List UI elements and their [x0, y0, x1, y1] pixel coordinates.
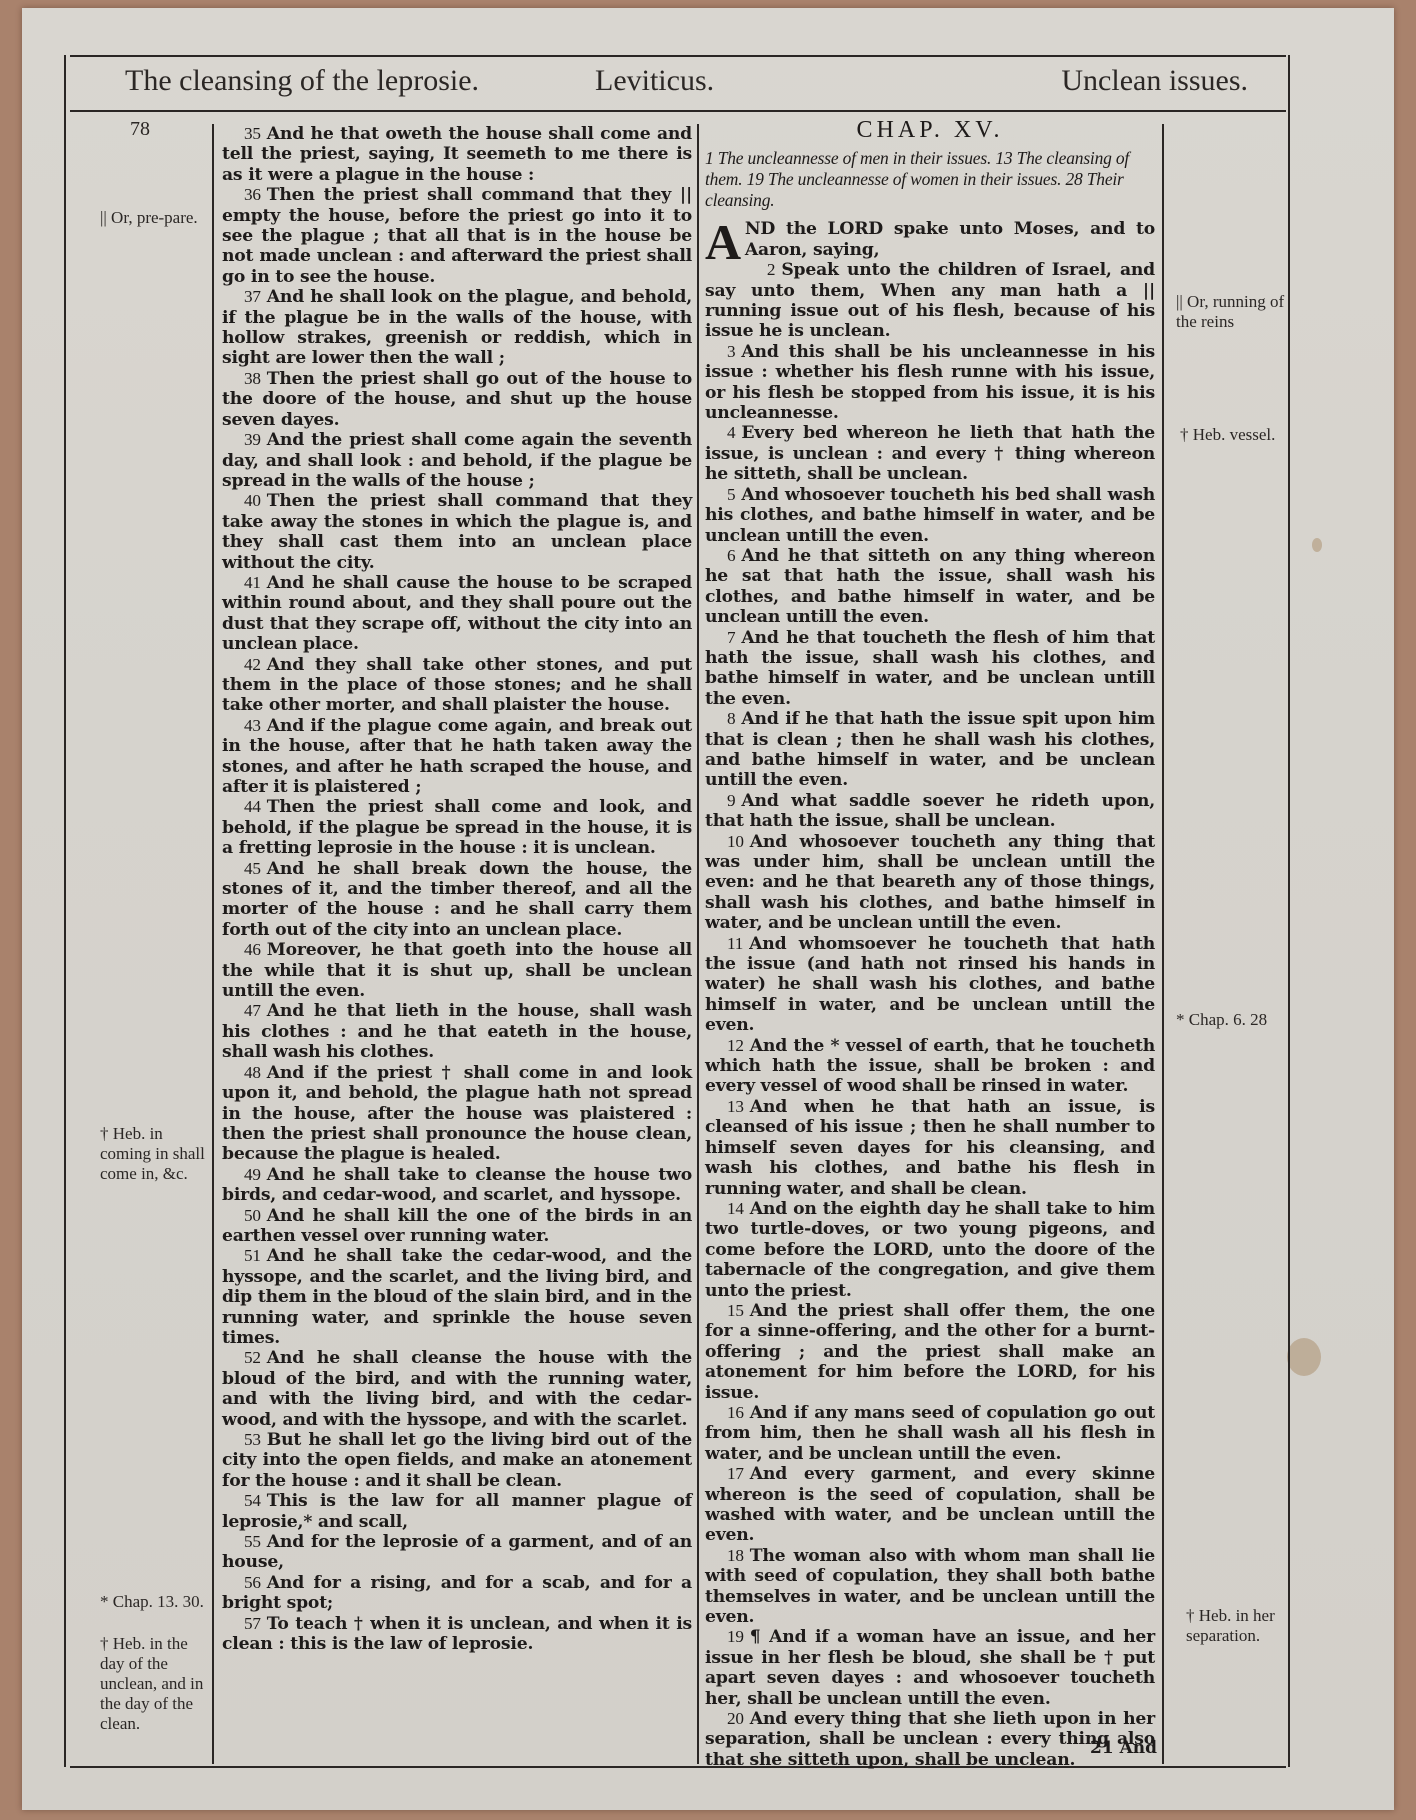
paper-stain — [1287, 1338, 1321, 1376]
verse: 11And whomsoever he toucheth that hath t… — [705, 934, 1155, 1036]
verse: 52And he shall cleanse the house with th… — [222, 1348, 692, 1430]
verse: 35And he that oweth the house shall come… — [222, 124, 692, 185]
verse: 46Moreover, he that goeth into the house… — [222, 940, 692, 1001]
paper-stain — [1312, 538, 1322, 552]
verse: 9And what saddle soever he rideth upon, … — [705, 791, 1155, 832]
verse: 55And for the leprosie of a garment, and… — [222, 1532, 692, 1573]
verse: 17And every garment, and every skinne wh… — [705, 1464, 1155, 1546]
page-number: 78 — [130, 118, 150, 141]
verse: 16And if any mans seed of copulation go … — [705, 1403, 1155, 1464]
verse: 37And he shall look on the plague, and b… — [222, 287, 692, 369]
verse: 12And the * vessel of earth, that he tou… — [705, 1036, 1155, 1097]
verse: 53But he shall let go the living bird ou… — [222, 1430, 692, 1491]
verse: 42And they shall take other stones, and … — [222, 655, 692, 716]
verse: 7And he that toucheth the flesh of him t… — [705, 628, 1155, 710]
verse: 57To teach † when it is unclean, and whe… — [222, 1614, 692, 1655]
verse: 41And he shall cause the house to be scr… — [222, 573, 692, 655]
margin-note: † Heb. in coming in shall come in, &c. — [100, 1124, 205, 1184]
verse: 43And if the plague come again, and brea… — [222, 716, 692, 798]
catchword: 21 And — [1090, 1738, 1157, 1758]
verse: 51And he shall take the cedar-wood, and … — [222, 1246, 692, 1348]
verse: 5And whosoever toucheth his bed shall wa… — [705, 485, 1155, 546]
verse: 39And the priest shall come again the se… — [222, 430, 692, 491]
drop-cap: A — [705, 221, 741, 263]
verse: 50And he shall kill the one of the birds… — [222, 1206, 692, 1247]
verse: 20And every thing that she lieth upon in… — [705, 1709, 1155, 1770]
verse: 8And if he that hath the issue spit upon… — [705, 709, 1155, 791]
right-text-column: CHAP. XV. 1 The uncleannesse of men in t… — [705, 120, 1155, 1770]
verse: 4Every bed whereon he lieth that hath th… — [705, 423, 1155, 484]
verse: 15And the priest shall offer them, the o… — [705, 1301, 1155, 1403]
verse-1: AND the LORD spake unto Moses, and to Aa… — [705, 219, 1155, 260]
header-left-title: The cleansing of the leprosie. — [125, 64, 479, 98]
chapter-heading: CHAP. XV. — [705, 120, 1155, 140]
chapter-summary: 1 The uncleannesse of men in their issue… — [705, 148, 1155, 211]
verse: 47And he that lieth in the house, shall … — [222, 1001, 692, 1062]
verse: 45And he shall break down the house, the… — [222, 859, 692, 941]
verse: 56And for a rising, and for a scab, and … — [222, 1573, 692, 1614]
running-header: The cleansing of the leprosie. Leviticus… — [70, 58, 1280, 108]
margin-note: † Heb. vessel. — [1180, 425, 1300, 445]
verse: 54This is the law for all manner plague … — [222, 1491, 692, 1532]
column-rule-right-margin — [1162, 124, 1164, 1764]
verse: 49And he shall take to cleanse the house… — [222, 1165, 692, 1206]
verse: 19¶ And if a woman have an issue, and he… — [705, 1627, 1155, 1709]
verse: 3And this shall be his uncleannesse in h… — [705, 342, 1155, 424]
verse: 10And whosoever toucheth any thing that … — [705, 832, 1155, 934]
margin-note: * Chap. 13. 30. — [100, 1592, 205, 1612]
header-right-title: Unclean issues. — [1061, 64, 1248, 98]
left-text-column: 35And he that oweth the house shall come… — [222, 124, 692, 1654]
verse: 6And he that sitteth on any thing whereo… — [705, 546, 1155, 628]
column-rule-center — [697, 124, 699, 1764]
verse: 13And when he that hath an issue, is cle… — [705, 1097, 1155, 1199]
margin-note: * Chap. 6. 28 — [1176, 1010, 1296, 1030]
verse: 40Then the priest shall command that the… — [222, 491, 692, 573]
column-rule-left-margin — [212, 124, 214, 1764]
verse: 44Then the priest shall come and look, a… — [222, 797, 692, 858]
verse: 2Speak unto the children of Israel, and … — [705, 260, 1155, 342]
verse: 38Then the priest shall go out of the ho… — [222, 369, 692, 430]
verse: 36Then the priest shall command that the… — [222, 185, 692, 287]
margin-note: † Heb. in the day of the unclean, and in… — [100, 1634, 210, 1734]
margin-note: || Or, pre-pare. — [100, 208, 205, 228]
header-book-title: Leviticus. — [595, 64, 714, 98]
verse: 48And if the priest † shall come in and … — [222, 1063, 692, 1165]
verse: 18The woman also with whom man shall lie… — [705, 1546, 1155, 1628]
margin-note: † Heb. in her separation. — [1186, 1606, 1296, 1646]
verse: 14And on the eighth day he shall take to… — [705, 1199, 1155, 1301]
margin-note: || Or, running of the reins — [1176, 292, 1296, 332]
